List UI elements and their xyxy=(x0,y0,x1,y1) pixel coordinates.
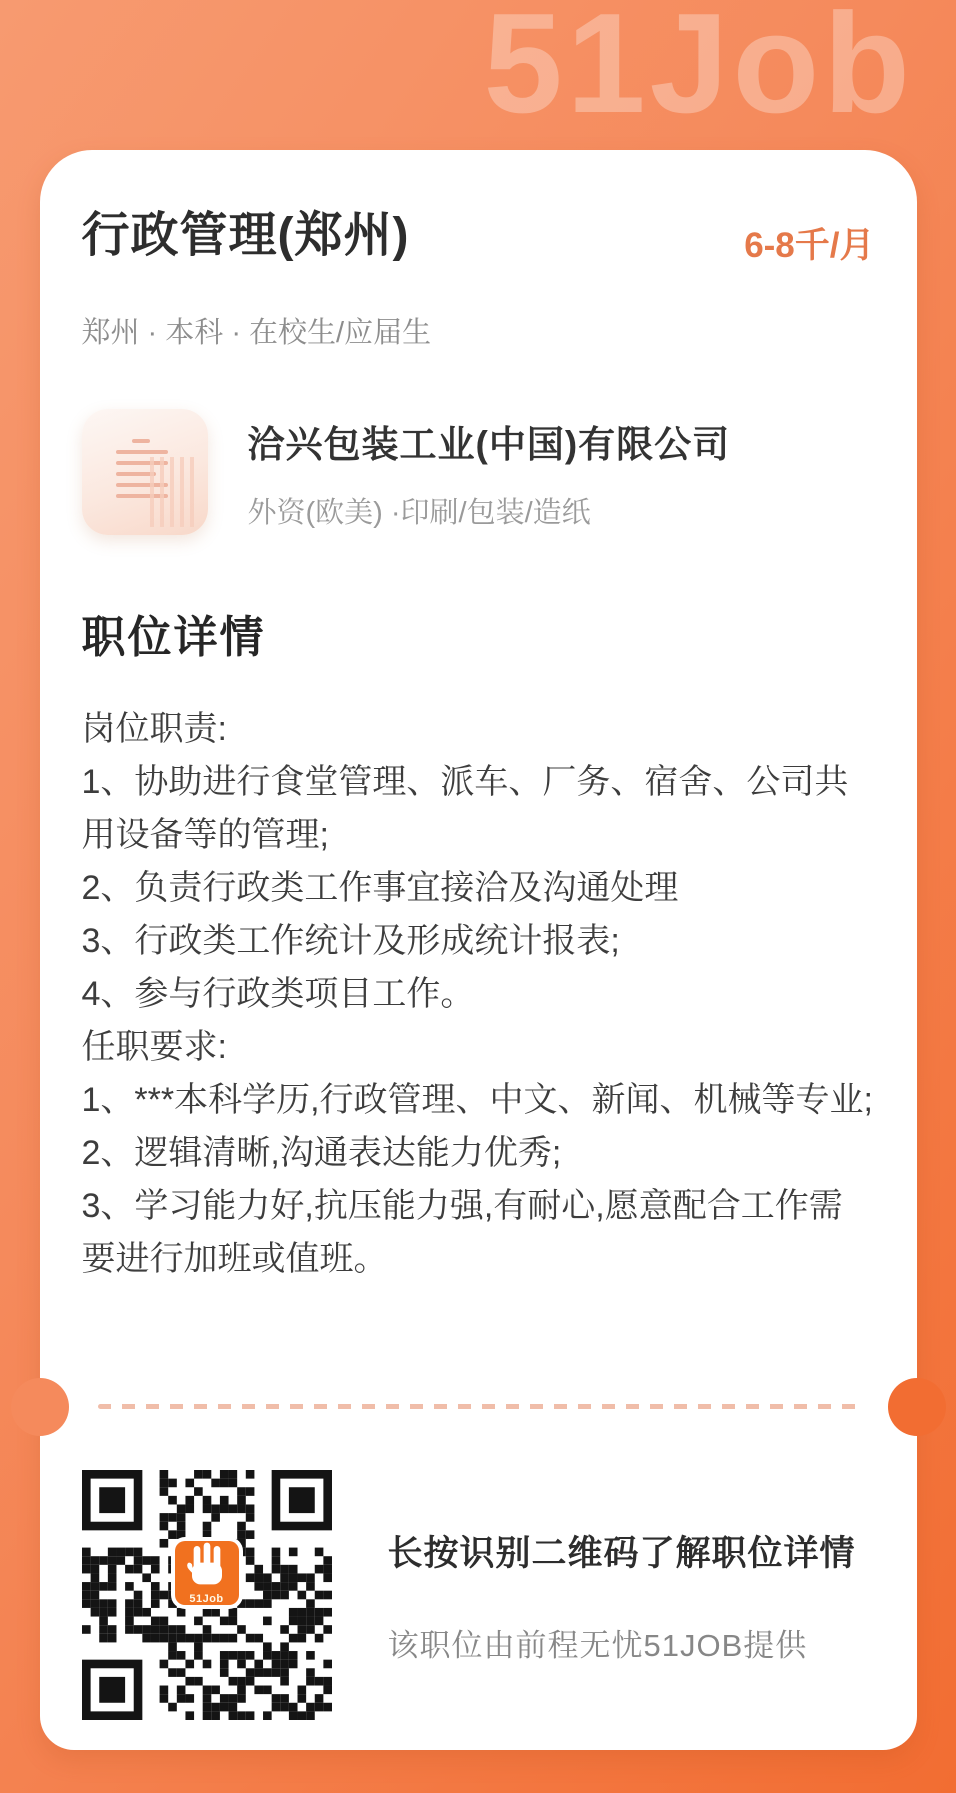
title-row: 行政管理(郑州) 6-8千/月 xyxy=(78,208,879,268)
ticket-divider xyxy=(98,1404,859,1410)
company-logo-icon xyxy=(82,409,208,535)
ticket-notch-left xyxy=(11,1378,69,1436)
company-meta: 外资(欧美) ·印刷/包装/造纸 xyxy=(248,490,731,531)
hand-icon xyxy=(82,1541,332,1591)
description-line: 1、***本科学历,行政管理、中文、新闻、机械等专业; xyxy=(82,1074,875,1127)
details-heading: 职位详情 xyxy=(82,601,875,665)
description-line: 3、学习能力好,抗压能力强,有耐心,愿意配合工作需要进行加班或值班。 xyxy=(82,1180,875,1286)
qr-instruction-text: 长按识别二维码了解职位详情 xyxy=(388,1526,856,1576)
footer-row: 51Job 长按识别二维码了解职位详情 该职位由前程无忧51JOB提供 xyxy=(82,1470,875,1720)
qr-center-logo-51job: 51Job xyxy=(175,1541,239,1605)
description-line: 岗位职责: xyxy=(82,703,875,756)
qr-code[interactable]: 51Job xyxy=(82,1470,332,1720)
qr-provider-text: 该职位由前程无忧51JOB提供 xyxy=(388,1620,856,1665)
description-line: 3、行政类工作统计及形成统计报表; xyxy=(82,915,875,968)
company-row[interactable]: 洽兴包装工业(中国)有限公司 外资(欧美) ·印刷/包装/造纸 xyxy=(82,409,875,535)
job-title: 行政管理(郑州) xyxy=(82,208,410,263)
description-line: 2、逻辑清晰,沟通表达能力优秀; xyxy=(82,1127,875,1180)
qr-logo-text: 51Job xyxy=(189,1593,223,1605)
job-tags: 郑州 · 本科 · 在校生/应届生 xyxy=(82,310,875,351)
company-name: 洽兴包装工业(中国)有限公司 xyxy=(248,414,731,468)
job-salary: 6-8千/月 xyxy=(744,208,874,268)
footer-texts: 长按识别二维码了解职位详情 该职位由前程无忧51JOB提供 xyxy=(388,1526,856,1665)
dashed-line xyxy=(98,1404,859,1409)
job-description: 岗位职责: 1、协助进行食堂管理、派车、厂务、宿舍、公司共用设备等的管理; 2、… xyxy=(82,703,875,1286)
description-line: 2、负责行政类工作事宜接洽及沟通处理 xyxy=(82,862,875,915)
company-info: 洽兴包装工业(中国)有限公司 外资(欧美) ·印刷/包装/造纸 xyxy=(248,414,731,531)
watermark-51job-text: 51Job xyxy=(484,0,914,146)
job-card: 行政管理(郑州) 6-8千/月 郑州 · 本科 · 在校生/应届生 洽兴包装工业… xyxy=(40,150,917,1750)
description-line: 4、参与行政类项目工作。 xyxy=(82,968,875,1021)
description-line: 任职要求: xyxy=(82,1021,875,1074)
ticket-notch-right xyxy=(888,1378,946,1436)
description-line: 1、协助进行食堂管理、派车、厂务、宿舍、公司共用设备等的管理; xyxy=(82,756,875,862)
logo-stripes-decoration xyxy=(150,457,194,527)
